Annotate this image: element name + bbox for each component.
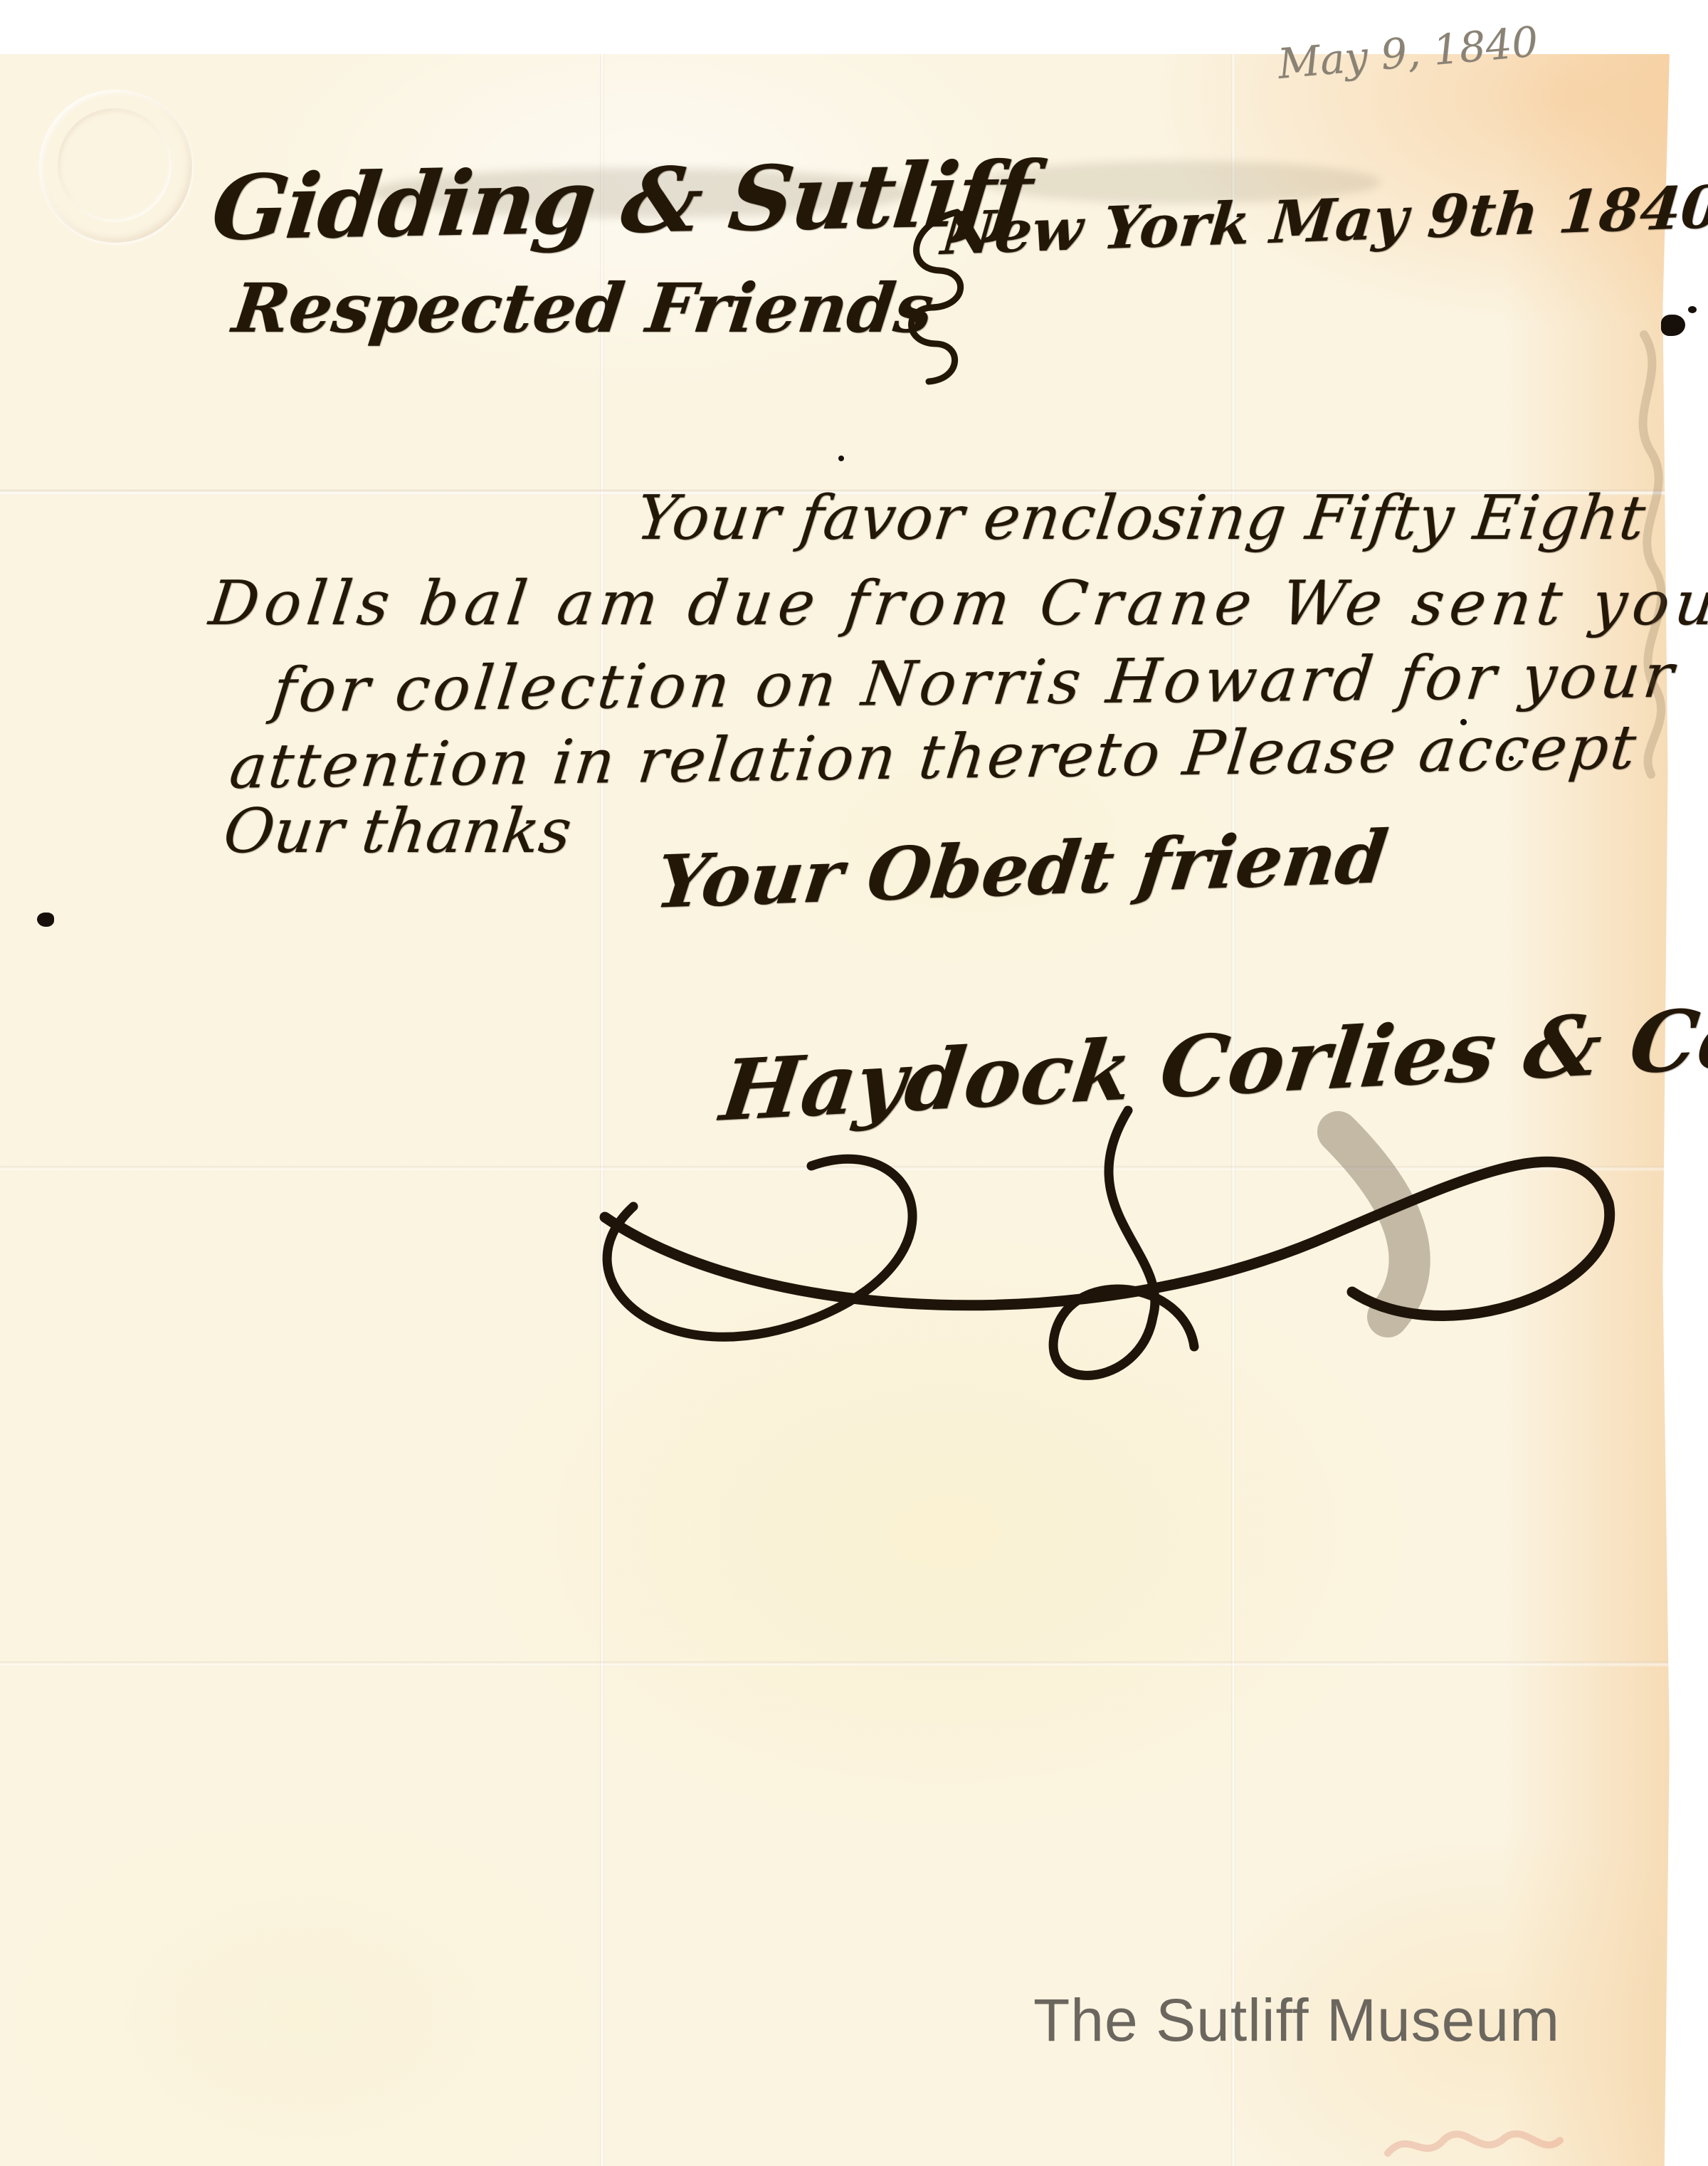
ink-speck bbox=[838, 456, 844, 461]
ink-blot bbox=[1688, 306, 1697, 313]
embossed-seal bbox=[39, 90, 192, 243]
horizontal-fold-crease bbox=[0, 1661, 1688, 1667]
scanned-letter-canvas: May 9, 1840 Gidding & Sutliff New York M… bbox=[0, 0, 1708, 2166]
ink-speck bbox=[1460, 719, 1467, 725]
letter-body-line: Your favor enclosing Fifty Eight bbox=[633, 483, 1650, 554]
ink-speck bbox=[1509, 756, 1514, 761]
letter-salutation: Respected Friends bbox=[228, 269, 937, 348]
letter-body-line: for collection on Norris Howard for your bbox=[269, 641, 1680, 727]
bleed-through-writing bbox=[1615, 335, 1694, 776]
museum-watermark: The Sutliff Museum bbox=[1033, 1986, 1560, 2055]
letter-body-line: Dolls bal am due from Crane We sent you bbox=[206, 568, 1708, 639]
letter-body-line: Our thanks bbox=[220, 796, 575, 867]
ink-blot bbox=[1661, 315, 1685, 336]
signature-flourish bbox=[584, 1082, 1651, 1409]
ink-blot bbox=[37, 913, 54, 927]
embossed-seal-ring bbox=[58, 108, 172, 222]
ghost-writing-marks bbox=[1381, 2125, 1566, 2166]
